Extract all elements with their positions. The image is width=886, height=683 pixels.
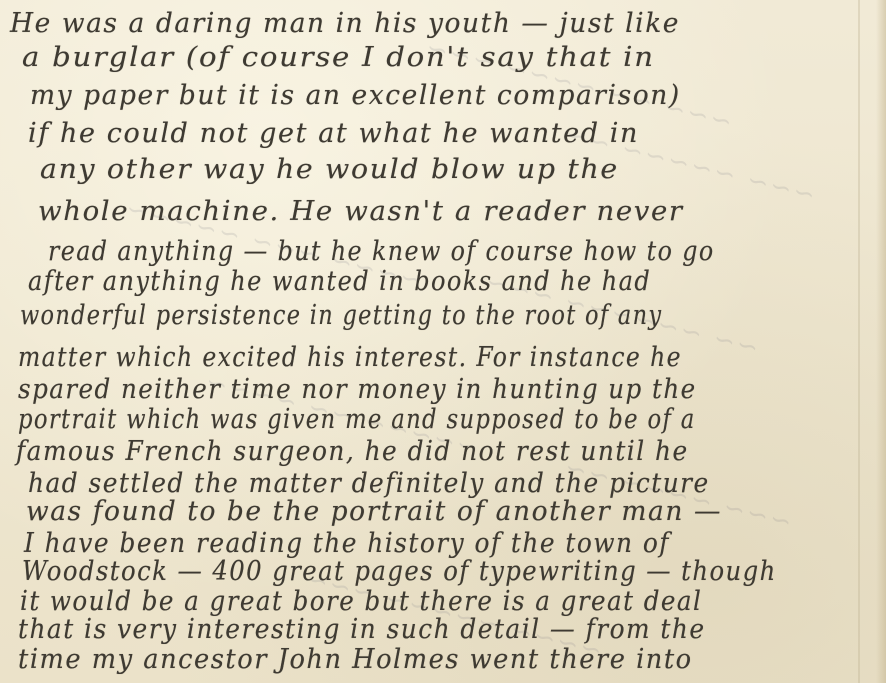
text-line-19: that is very interesting in such detail …	[18, 614, 706, 645]
text-line-10: matter which excited his interest. For i…	[18, 342, 682, 373]
text-line-5: any other way he would blow up the	[40, 154, 619, 185]
text-line-8: after anything he wanted in books and he…	[28, 266, 651, 297]
text-line-20: time my ancestor John Holmes went there …	[18, 644, 693, 675]
text-line-1: He was a daring man in his youth — just …	[10, 8, 680, 39]
text-line-16: I have been reading the history of the t…	[24, 528, 670, 559]
letter-page: ~~~ ~~ ~~~~ ~~~ ~~~ ~~~~~ ~~ ~~~~ ~~~ ~~…	[0, 0, 886, 683]
text-line-12: portrait which was given me and supposed…	[18, 404, 696, 435]
handwritten-text-block: He was a daring man in his youth — just …	[0, 0, 886, 683]
text-line-9: wonderful persistence in getting to the …	[20, 300, 662, 331]
text-line-7: read anything — but he knew of course ho…	[48, 236, 715, 267]
text-line-6: whole machine. He wasn't a reader never	[38, 196, 684, 227]
text-line-15: was found to be the portrait of another …	[26, 496, 722, 527]
text-line-13: famous French surgeon, he did not rest u…	[16, 436, 689, 467]
text-line-4: if he could not get at what he wanted in	[28, 118, 639, 149]
text-line-3: my paper but it is an excellent comparis…	[30, 80, 681, 111]
text-line-14: had settled the matter definitely and th…	[28, 468, 710, 499]
text-line-11: spared neither time nor money in hunting…	[18, 374, 697, 405]
text-line-18: it would be a great bore but there is a …	[20, 586, 702, 617]
text-line-2: a burglar (of course I don't say that in	[22, 42, 655, 73]
text-line-17: Woodstock — 400 great pages of typewriti…	[22, 556, 777, 587]
